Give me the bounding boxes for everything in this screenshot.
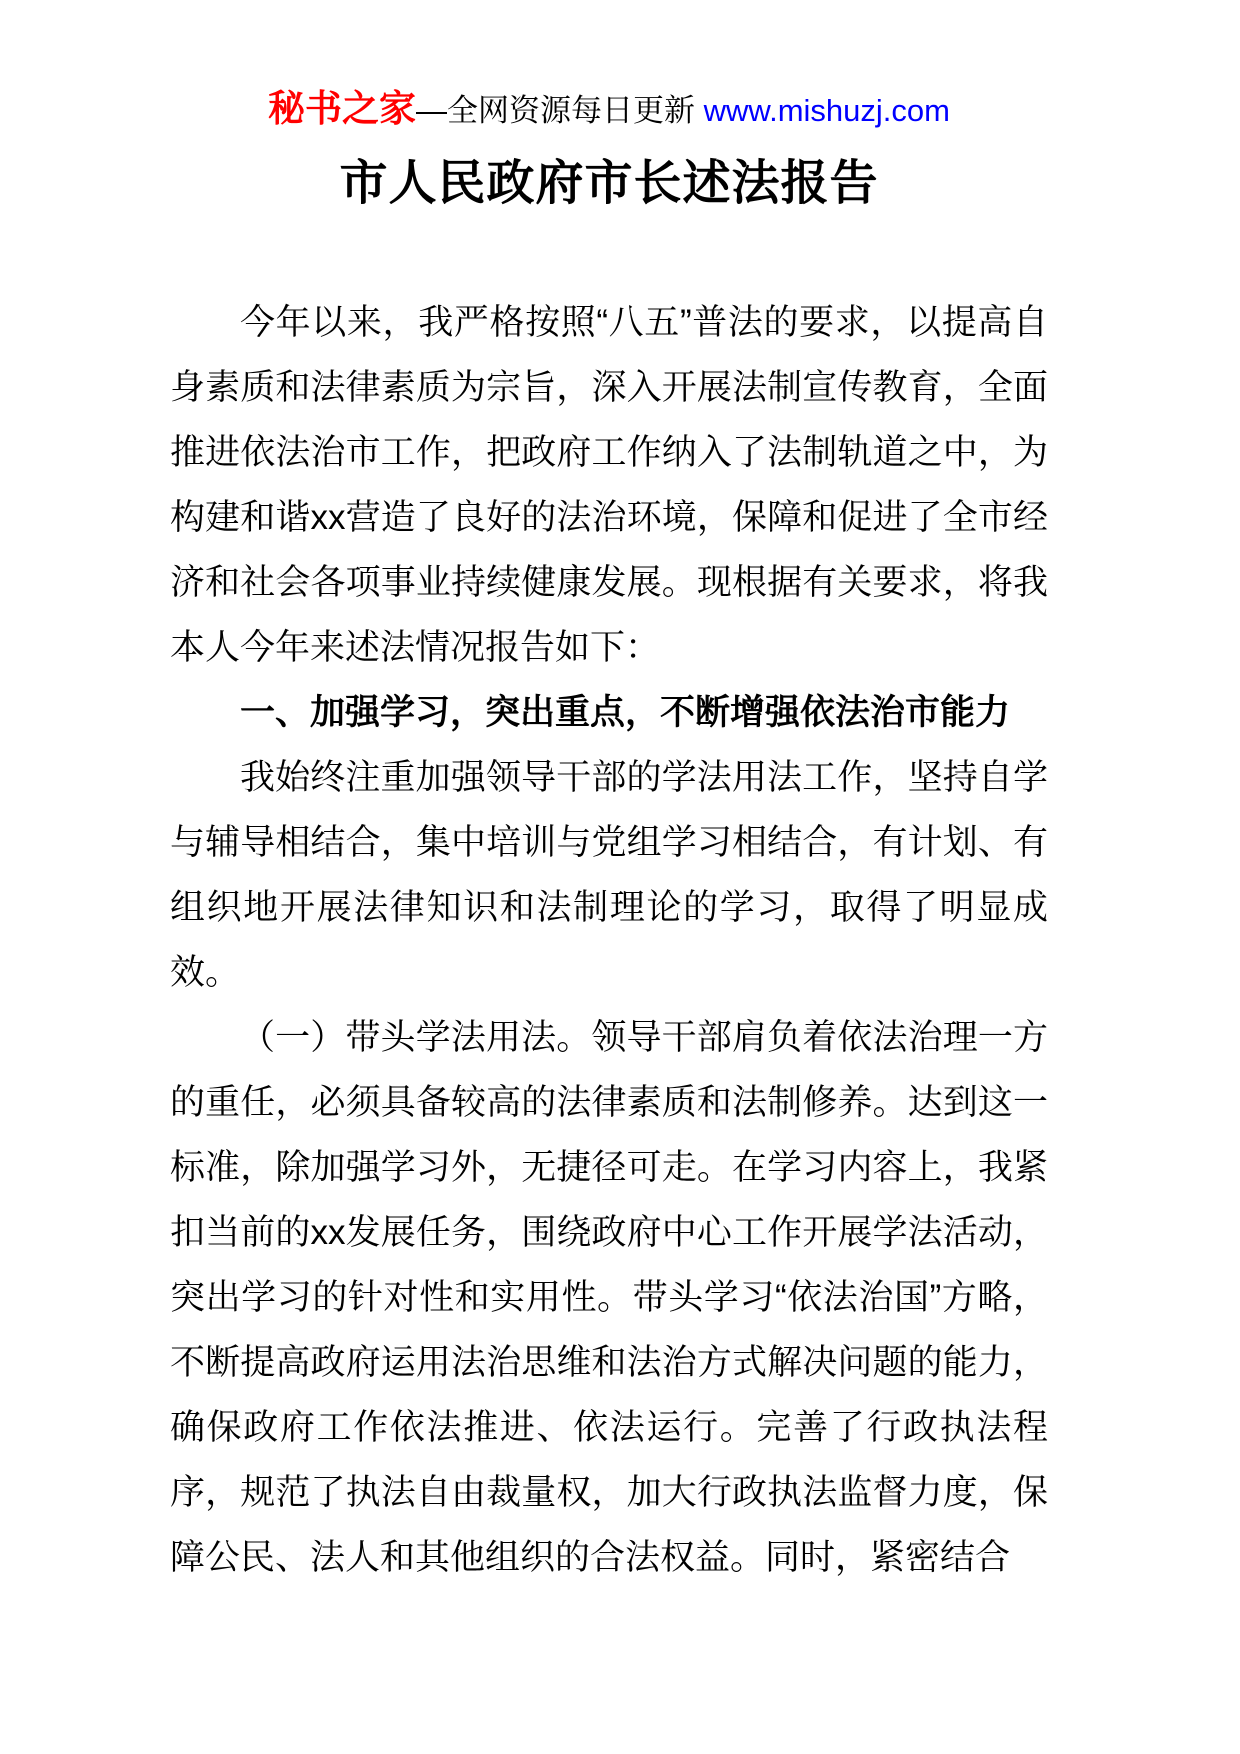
paragraph-intro: 今年以来，我严格按照“八五”普法的要求，以提高自身素质和法律素质为宗旨，深入开展… bbox=[170, 290, 1048, 680]
document-page: 秘书之家—全网资源每日更新 www.mishuzj.com 市人民政府市长述法报… bbox=[0, 0, 1240, 1754]
site-brand: 秘书之家 bbox=[268, 88, 416, 129]
section-heading-1: 一、加强学习，突出重点，不断增强依法治市能力 bbox=[170, 680, 1048, 745]
document-body: 今年以来，我严格按照“八五”普法的要求，以提高自身素质和法律素质为宗旨，深入开展… bbox=[170, 290, 1048, 1590]
paragraph-study: 我始终注重加强领导干部的学法用法工作，坚持自学与辅导相结合，集中培训与党组学习相… bbox=[170, 745, 1048, 1005]
document-title: 市人民政府市长述法报告 bbox=[170, 154, 1048, 214]
site-tagline: —全网资源每日更新 bbox=[416, 93, 704, 128]
paragraph-subsection-1: （一）带头学法用法。领导干部肩负着依法治理一方的重任，必须具备较高的法律素质和法… bbox=[170, 1005, 1048, 1590]
site-header: 秘书之家—全网资源每日更新 www.mishuzj.com bbox=[170, 88, 1048, 132]
site-url-link[interactable]: www.mishuzj.com bbox=[704, 93, 950, 128]
